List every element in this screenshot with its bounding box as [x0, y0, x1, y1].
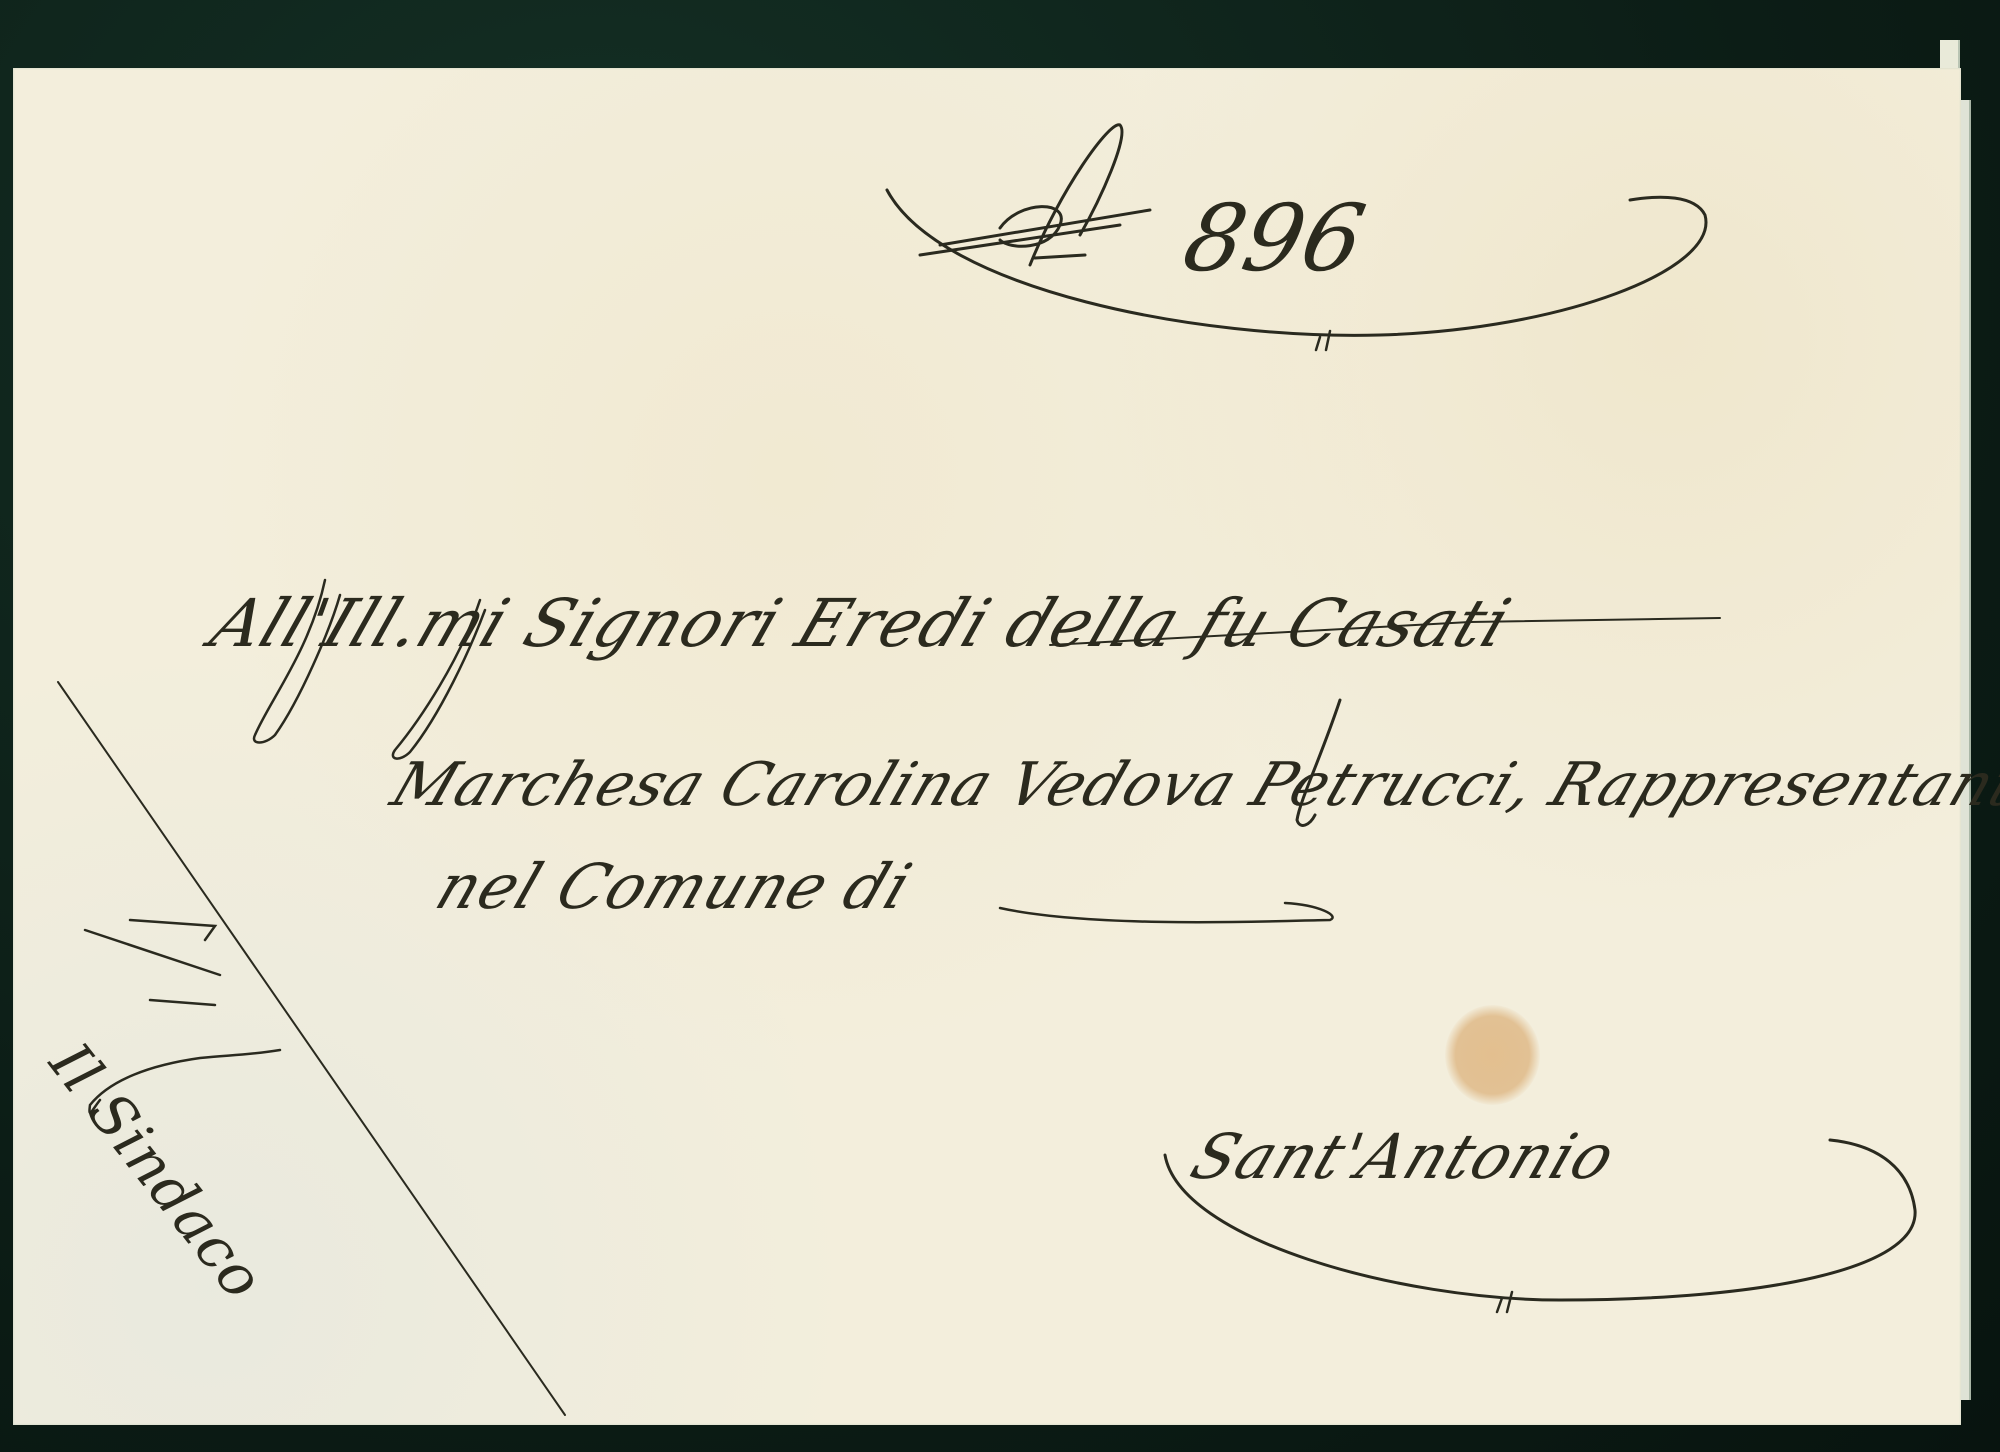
address-line-1: All'Ill.mi Signori Eredi della fu Casati	[201, 585, 1521, 662]
handwriting-strokes	[0, 0, 2000, 1452]
address-line-2: Marchesa Carolina Vedova Petrucci, Rappr…	[382, 750, 2000, 820]
docket-number-value: 896	[1175, 185, 1373, 292]
docket-number: N°896	[1049, 185, 1374, 292]
address-line-3: nel Comune di	[427, 850, 922, 923]
destination-town: Sant'Antonio	[1182, 1120, 1626, 1193]
